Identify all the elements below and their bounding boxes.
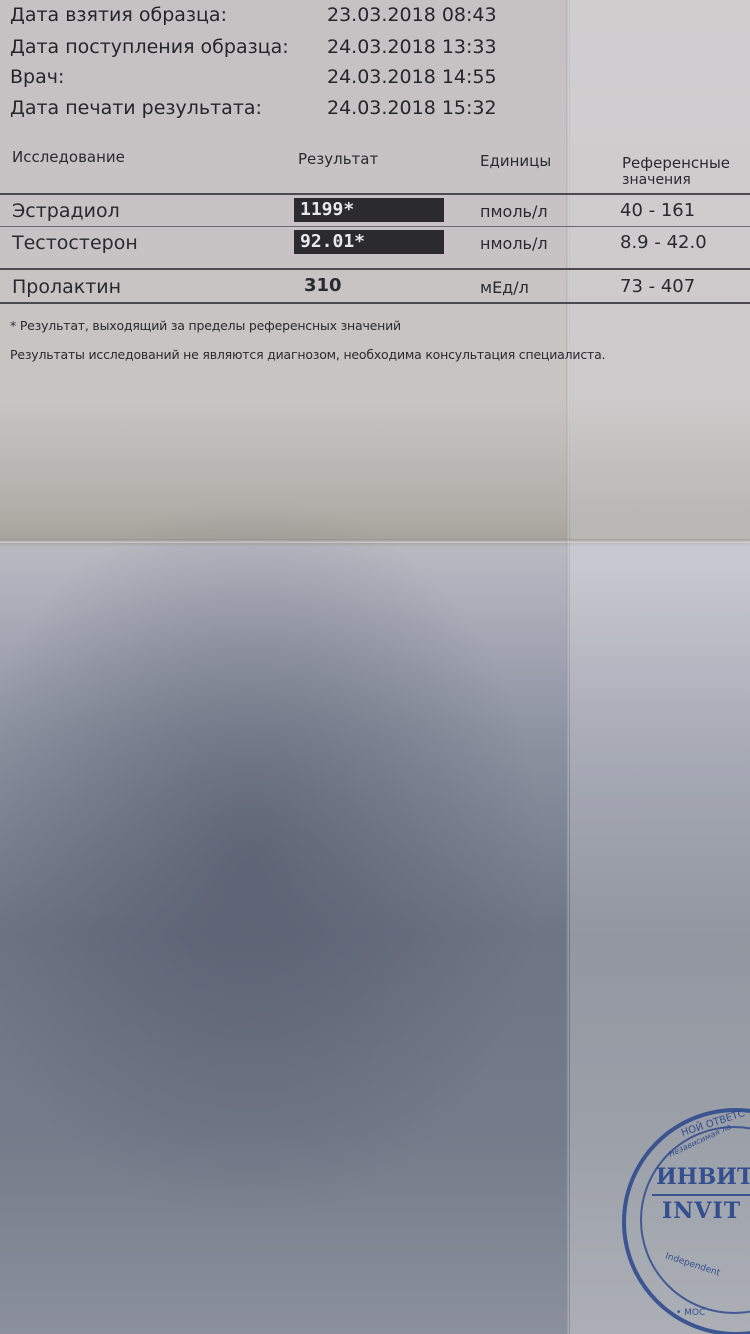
table-row: Пролактин 310 мЕд/л 73 - 407 [0,272,750,302]
test-units: нмоль/л [480,234,548,253]
disclaimer-note: Результаты исследований не являются диаг… [10,347,605,362]
result-value-flagged: 92.01* [294,230,444,254]
meta-label: Дата печати результата: [10,97,262,119]
reference-range: 8.9 - 42.0 [620,232,707,253]
header-reference: Референсные значения [622,155,730,189]
result-value: 310 [298,274,448,298]
reference-range: 73 - 407 [620,276,695,297]
reference-range: 40 - 161 [620,200,695,221]
table-row: Тестостерон 92.01* нмоль/л 8.9 - 42.0 [0,228,750,258]
test-name: Эстрадиол [12,200,120,222]
stamp-name-ru: ИНВИТ [656,1164,750,1190]
stamp-name-en: INVIT [662,1198,741,1224]
stamp-city-text: • МОС [676,1308,705,1318]
meta-label: Дата поступления образца: [10,36,289,58]
meta-value: 23.03.2018 08:43 [327,4,497,26]
table-divider [0,193,750,195]
header-test: Исследование [12,148,125,166]
result-value-flagged: 1199* [294,198,444,222]
test-units: пмоль/л [480,202,548,221]
header-reference-line1: Референсные [622,155,730,172]
test-name: Пролактин [12,276,121,298]
table-row: Эстрадиол 1199* пмоль/л 40 - 161 [0,196,750,226]
table-divider [0,226,750,227]
meta-value: 24.03.2018 15:32 [327,97,497,119]
test-units: мЕд/л [480,278,529,297]
meta-value: 24.03.2018 13:33 [327,36,497,58]
paper-horizontal-fold [0,539,750,543]
table-divider [0,302,750,304]
table-divider [0,268,750,270]
meta-label: Дата взятия образца: [10,4,227,26]
meta-value: 24.03.2018 14:55 [327,66,497,88]
header-units: Единицы [480,152,551,170]
asterisk-note: * Результат, выходящий за пределы рефере… [10,318,401,333]
meta-label: Врач: [10,66,64,88]
test-name: Тестостерон [12,232,138,254]
stamp-divider [652,1194,750,1196]
header-result: Результат [298,150,378,168]
header-reference-line2: значения [622,172,730,189]
